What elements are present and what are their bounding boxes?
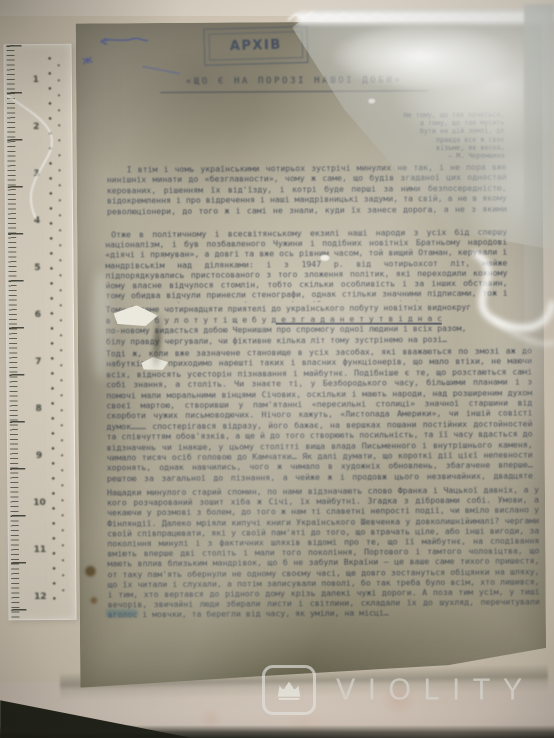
watermark: VIOLITY xyxy=(262,658,554,722)
pen-initial-mark: ж xyxy=(81,53,94,68)
photo-layer: АРХІВ ж «ЩО Є НА ПОРОЗІ НАШОЇ ДОБИ» Не т… xyxy=(0,0,554,738)
pen-faint-line xyxy=(142,66,180,75)
paper-tear-chip-small xyxy=(141,357,168,370)
paper-tear-chip xyxy=(114,305,158,326)
pen-stroke-mark xyxy=(98,33,150,47)
brown-stain xyxy=(80,561,102,615)
plastic-sleeve-right-edge xyxy=(524,4,554,444)
paragraph-5: Нащадки минулого старий спомин, по нами … xyxy=(107,484,540,631)
plastic-glare-streak xyxy=(296,12,554,24)
fold-shadow-streak xyxy=(152,311,163,371)
pencil-mark xyxy=(106,609,138,617)
archive-stamp-text: АРХІВ xyxy=(230,38,282,54)
archive-stamp: АРХІВ xyxy=(203,26,308,66)
photo-scene: АРХІВ ж «ЩО Є НА ПОРОЗІ НАШОЇ ДОБИ» Не т… xyxy=(0,0,554,738)
paper-fleck xyxy=(320,255,329,261)
thread-on-ruler xyxy=(5,85,72,246)
typed-underline xyxy=(276,323,442,325)
crown-icon xyxy=(262,665,316,715)
transparent-ruler: 1 2 3 4 5 6 7 8 9 10 11 12 xyxy=(3,44,76,621)
plastic-wrinkle-highlight xyxy=(448,238,554,370)
photo-bottom-edge xyxy=(0,725,554,738)
watermark-brand-text: VIOLITY xyxy=(336,673,535,707)
plastic-sheen xyxy=(92,270,110,380)
